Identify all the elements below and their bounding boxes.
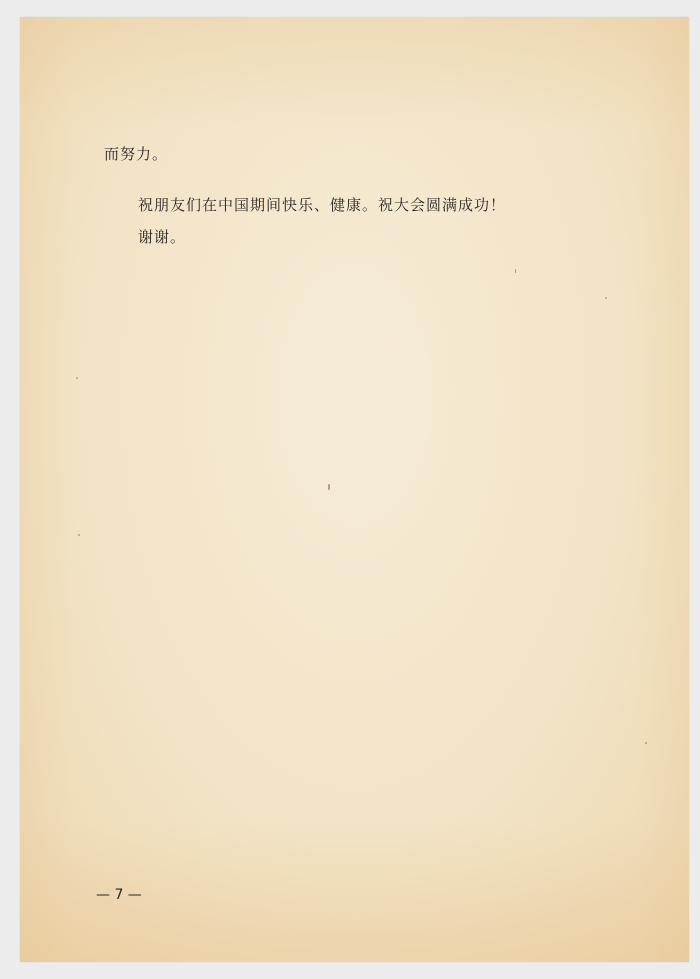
text-line-continuation: 而努力。 (104, 143, 168, 164)
paper-speck (645, 742, 647, 744)
document-page: 而努力。 祝朋友们在中国期间快乐、健康。祝大会圆满成功！ 谢谢。 — 7 — (20, 17, 689, 962)
paper-speck (78, 534, 80, 536)
paper-speck (328, 484, 330, 490)
text-line-thanks: 谢谢。 (138, 226, 186, 247)
paper-speck (605, 297, 607, 299)
text-line-wishes: 祝朋友们在中国期间快乐、健康。祝大会圆满成功！ (138, 194, 506, 215)
paper-speck (76, 377, 78, 379)
paper-speck (515, 269, 516, 273)
page-number: — 7 — (96, 887, 142, 903)
